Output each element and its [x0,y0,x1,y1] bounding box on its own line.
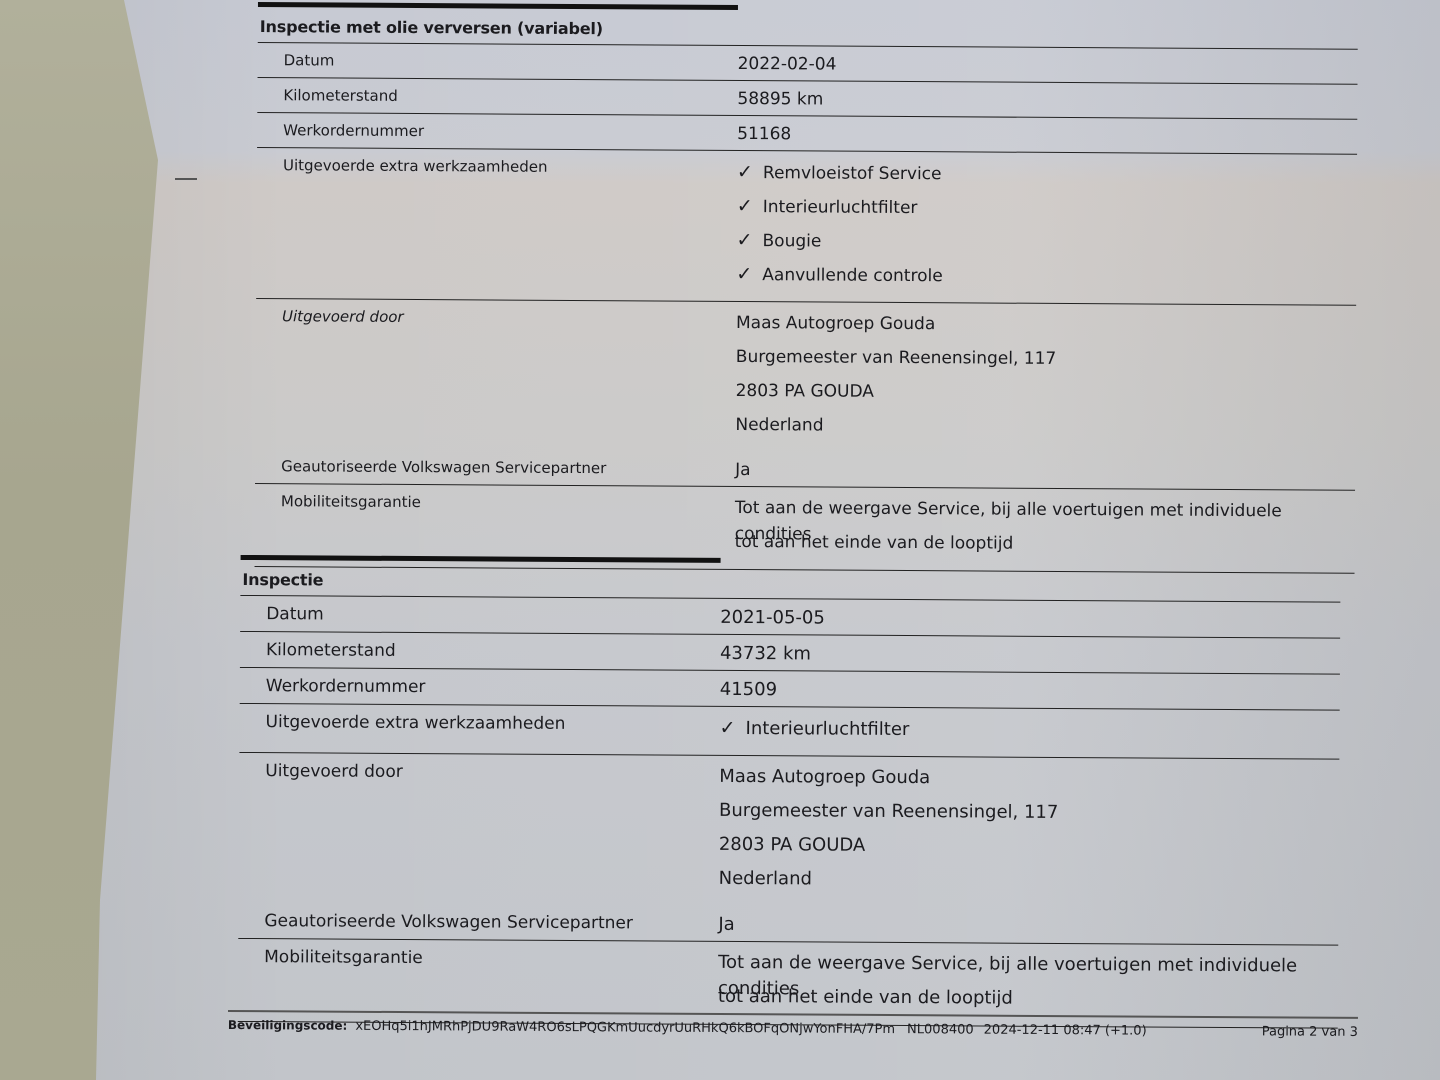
work-item: ✓Remvloeistof Service [737,159,1357,197]
page-number: Pagina 2 van 3 [1262,1024,1358,1040]
field-label: Datum [240,596,720,633]
row-extra-werkzaamheden: Uitgevoerde extra werkzaamheden ✓Interie… [239,704,1339,760]
checkmark-icon: ✓ [737,193,763,219]
field-label: Mobiliteitsgarantie [255,484,735,519]
field-label: Uitgevoerde extra werkzaamheden [239,704,719,741]
service-entry-inspection: Inspectie Datum 2021-05-05 Kilometerstan… [238,555,1341,1029]
checkmark-icon: ✓ [719,715,745,741]
field-label: Werkordernummer [257,113,737,148]
field-label: Geautoriseerde Volkswagen Servicepartner [238,903,718,940]
field-value: Ja [735,452,1355,490]
field-label: Uitgevoerd door [256,299,736,334]
field-label: Werkordernummer [240,668,720,705]
field-value: 2022-02-04 [738,46,1358,84]
checkmark-icon: ✓ [736,261,762,287]
checkmark-icon: ✓ [737,159,763,185]
print-timestamp: 2024-12-11 08:47 (+1.0) [984,1023,1147,1039]
dealer-address: Maas Autogroep Gouda Burgemeester van Re… [735,302,1356,456]
field-label: Uitgevoerde extra werkzaamheden [257,148,737,183]
dealer-code: NL008400 [907,1022,974,1037]
security-code-label: Beveiligingscode: [228,1018,348,1034]
section-divider-bar [258,2,738,10]
checkmark-icon: ✓ [736,227,762,253]
field-value: 2021-05-05 [720,599,1340,638]
row-extra-werkzaamheden: Uitgevoerde extra werkzaamheden ✓Remvloe… [256,148,1357,306]
row-uitgevoerd-door: Uitgevoerd door Maas Autogroep Gouda Bur… [255,299,1356,456]
service-history-document: Inspectie met olie verversen (variabel) … [243,0,1360,1080]
field-value: 58895 km [737,81,1357,119]
dealer-address: Maas Autogroep Gouda Burgemeester van Re… [718,756,1339,910]
field-value: 41509 [720,671,1340,710]
work-item: ✓Bougie [736,227,1356,265]
field-label: Uitgevoerd door [239,753,719,790]
field-value: 43732 km [720,635,1340,674]
field-value-list: ✓Interieurluchtfilter [719,707,1339,759]
field-value-list: ✓Remvloeistof Service ✓Interieurluchtfil… [736,151,1357,305]
field-value: 51168 [737,116,1357,154]
work-item: ✓Aanvullende controle [736,261,1356,299]
fold-mark [175,178,197,180]
field-label: Geautoriseerde Volkswagen Servicepartner [255,449,735,484]
field-label: Kilometerstand [257,78,737,113]
work-item: ✓Interieurluchtfilter [737,193,1357,231]
field-label: Kilometerstand [240,632,720,669]
row-uitgevoerd-door: Uitgevoerd door Maas Autogroep Gouda Bur… [238,753,1339,910]
field-label: Datum [258,43,738,78]
field-label: Mobiliteitsgarantie [238,939,718,976]
work-item: ✓Interieurluchtfilter [719,715,1339,753]
field-value: Ja [718,906,1338,945]
service-entry-oil-change: Inspectie met olie verversen (variabel) … [255,2,1358,574]
